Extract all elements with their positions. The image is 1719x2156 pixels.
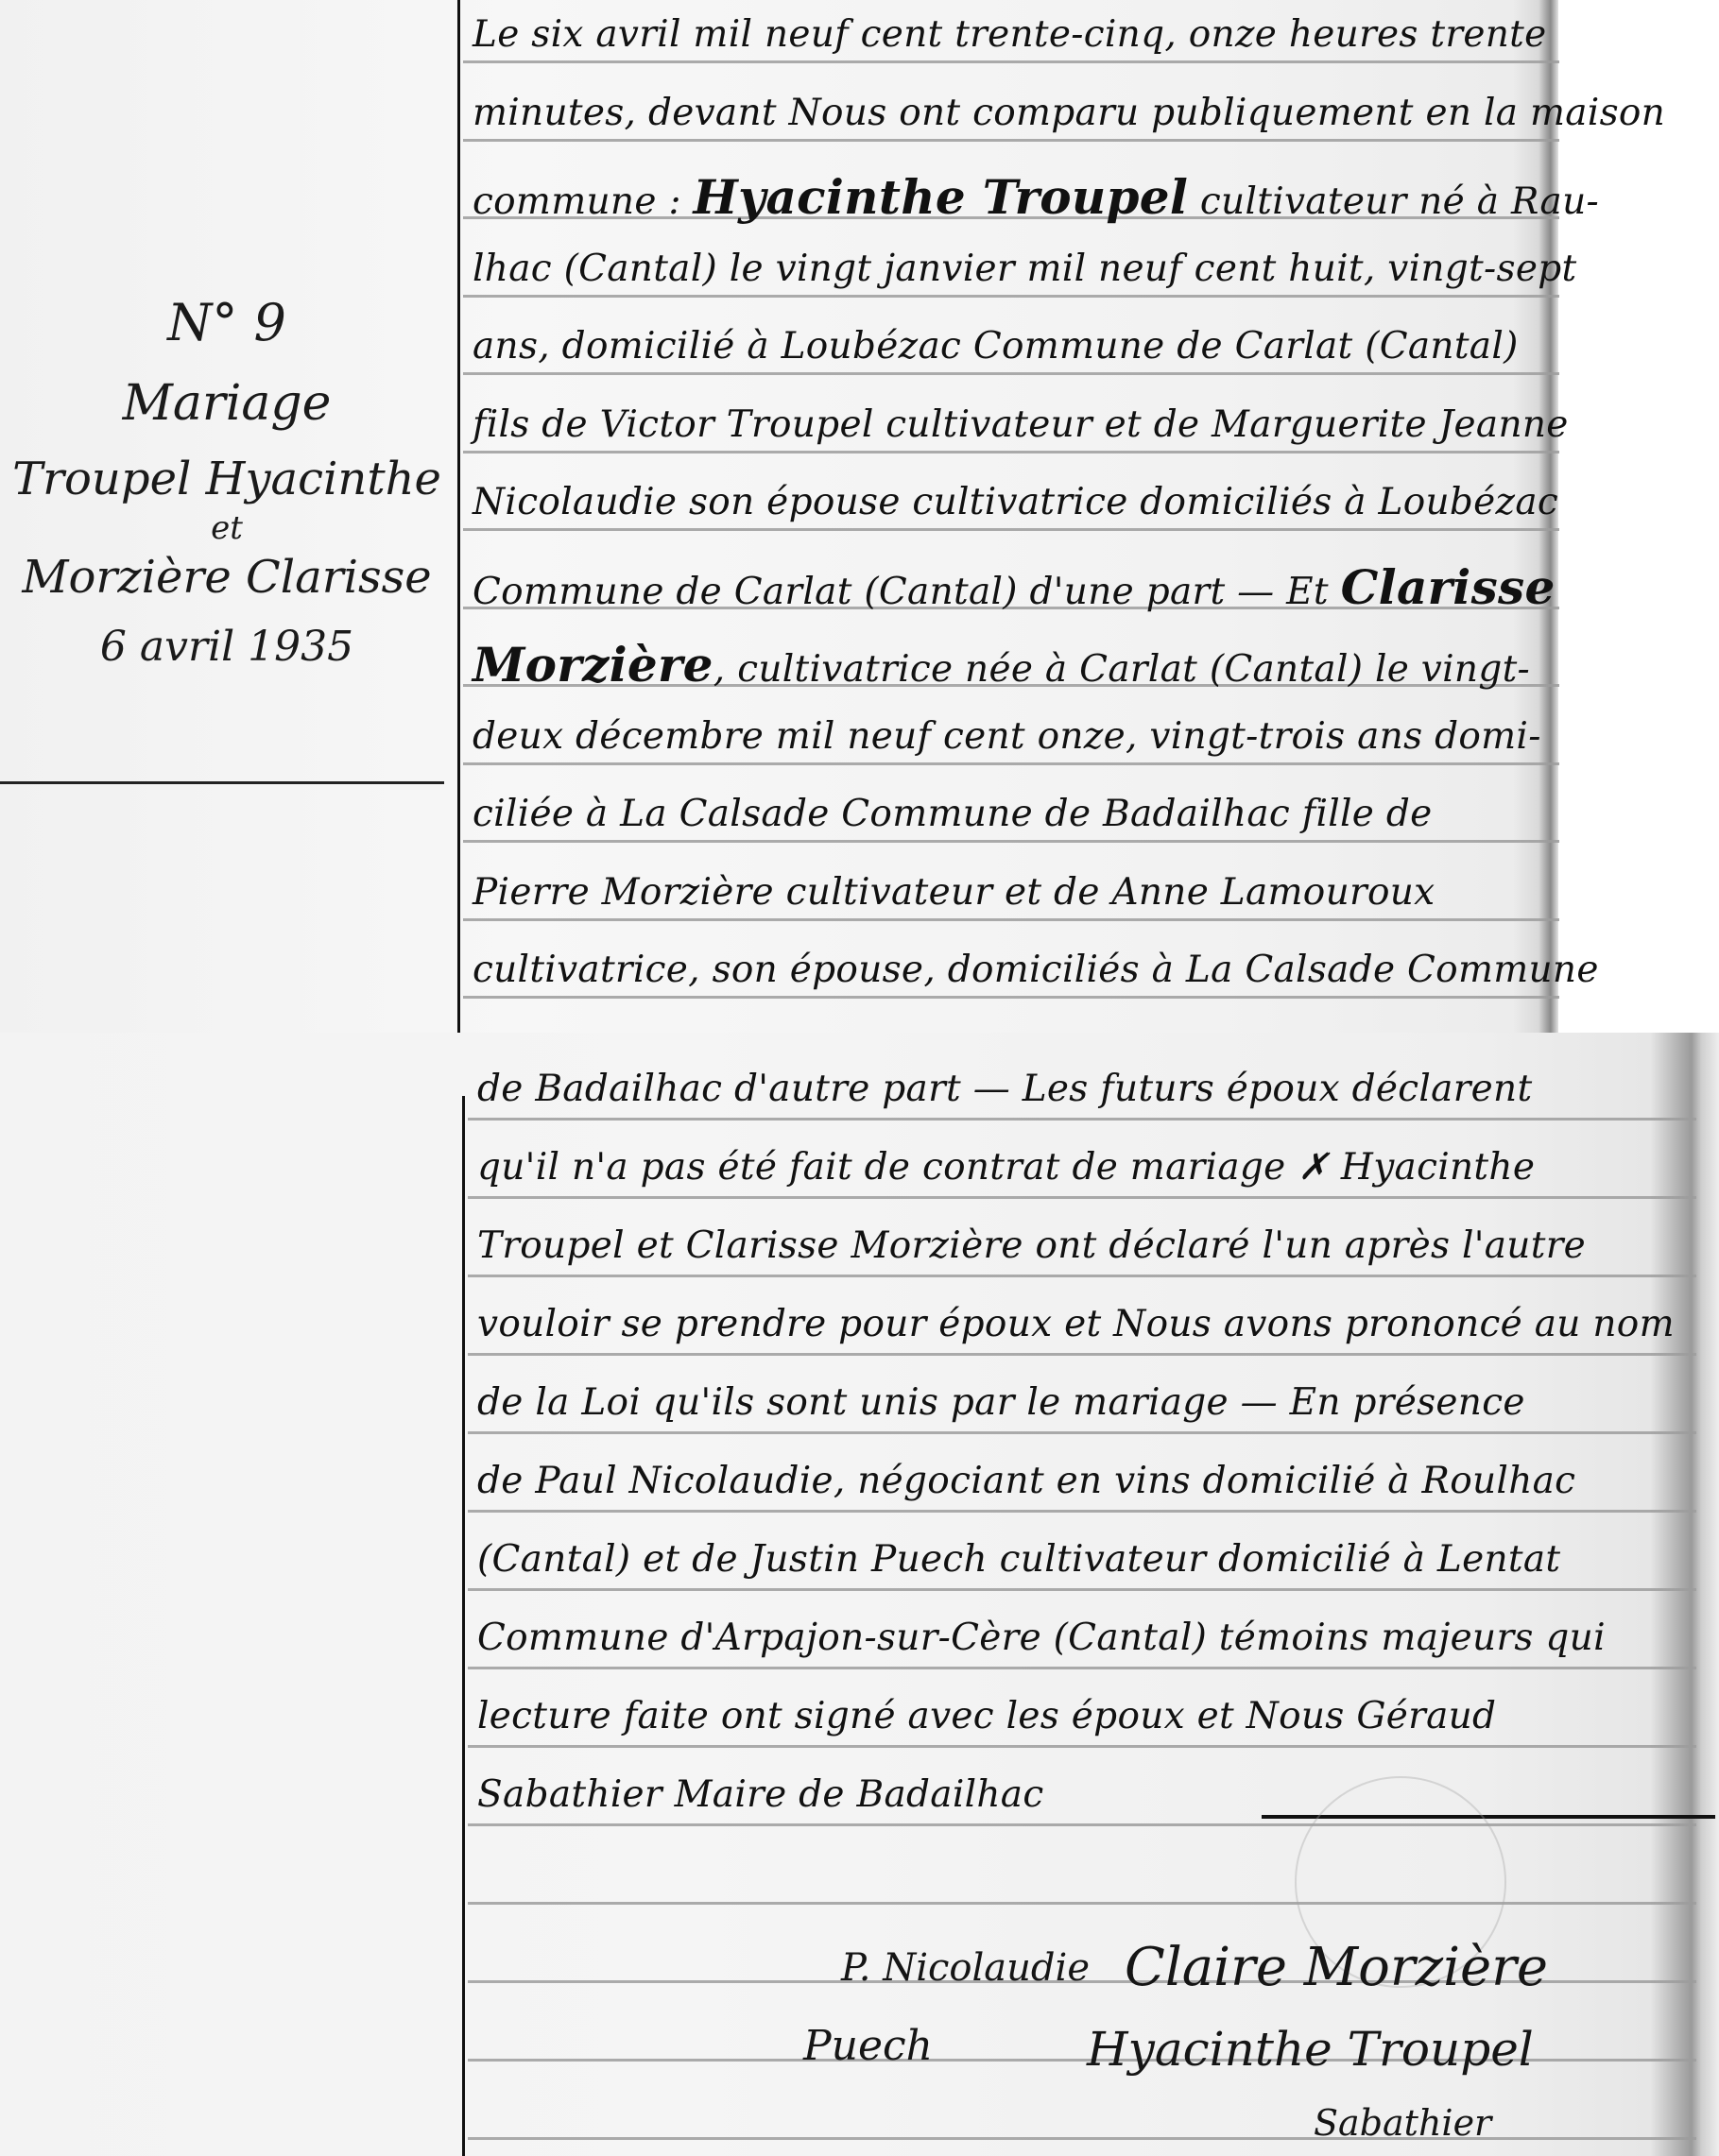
record-line: qu'il n'a pas été fait de contrat de mar… [477,1146,1706,1189]
ruled-line [463,60,1559,63]
signature-mayor: Sabathier [1314,2102,1491,2144]
record-line: cultivatrice, son épouse, domiciliés à L… [473,949,1692,991]
record-date: 6 avril 1935 [0,612,454,682]
signature-groom: Hyacinthe Troupel [1087,2022,1534,2077]
record-number: N° 9 [0,283,454,363]
person-name: Clarisse [1341,559,1556,615]
person-name: Hyacinthe Troupel [694,169,1189,225]
record-line: vouloir se prendre pour époux et Nous av… [477,1303,1706,1345]
record-line: fils de Victor Troupel cultivateur et de… [473,403,1692,446]
margin-note: N° 9 Mariage Troupel Hyacinthe et Morziè… [0,283,454,682]
record-text: cultivateur né à Rau- [1188,180,1599,223]
signature-witness-nicolaudie: P. Nicolaudie [841,1946,1090,1990]
record-line: lecture faite ont signé avec les époux e… [477,1695,1706,1737]
record-text: commune : [473,180,694,223]
record-line: Le six avril mil neuf cent trente-cinq, … [473,13,1692,56]
record-line: Troupel et Clarisse Morzière ont déclaré… [477,1224,1706,1267]
record-line: Nicolaudie son épouse cultivatrice domic… [473,481,1692,523]
record-line: deux décembre mil neuf cent onze, vingt-… [473,715,1692,758]
record-line: Sabathier Maire de Badailhac [477,1773,1706,1816]
ruled-line [463,451,1559,453]
signature-witness-puech: Puech [803,2022,933,2070]
groom-name: Troupel Hyacinthe [0,444,454,514]
ruled-line [468,1823,1696,1826]
ruled-line [468,1353,1696,1356]
margin-rule [462,1096,465,2156]
record-line: commune : Hyacinthe Troupel cultivateur … [473,169,1692,225]
ruled-line [463,139,1559,142]
margin-divider [0,781,444,784]
ruled-line [468,1196,1696,1199]
record-line: de Badailhac d'autre part — Les futurs é… [477,1068,1706,1110]
ruled-line [468,2137,1696,2140]
record-line: Morzière, cultivatrice née à Carlat (Can… [473,637,1692,693]
record-line: de Paul Nicolaudie, négociant en vins do… [477,1460,1706,1502]
ruled-line [468,1118,1696,1121]
ruled-line [468,1431,1696,1434]
record-line: lhac (Cantal) le vingt janvier mil neuf … [473,248,1692,290]
record-text: Commune de Carlat (Cantal) d'une part — … [473,571,1341,613]
ruled-line [463,528,1559,531]
ruled-line [468,1275,1696,1277]
ruled-line [463,372,1559,375]
record-line: ans, domicilié à Loubézac Commune de Car… [473,325,1692,368]
margin-rule [457,0,460,1033]
ruled-line [463,295,1559,298]
ruled-line [468,1902,1696,1905]
conjunction: et [0,514,454,542]
record-line: Commune d'Arpajon-sur-Cère (Cantal) témo… [477,1617,1706,1659]
ruled-line [463,840,1559,843]
ruled-line [463,762,1559,765]
record-line: Commune de Carlat (Cantal) d'une part — … [473,559,1692,615]
person-name: Morzière [473,637,713,693]
ruled-line [468,1510,1696,1513]
record-line: Pierre Morzière cultivateur et de Anne L… [473,871,1692,914]
ruled-line [468,1745,1696,1748]
ruled-line [463,996,1559,999]
record-line: ciliée à La Calsade Commune de Badailhac… [473,793,1692,835]
signature-bride: Claire Morzière [1125,1937,1548,1998]
record-text: , cultivatrice née à Carlat (Cantal) le … [713,648,1530,691]
ruled-line [468,1667,1696,1669]
bride-name: Morzière Clarisse [0,542,454,612]
record-line: de la Loi qu'ils sont unis par le mariag… [477,1381,1706,1424]
record-line: minutes, devant Nous ont comparu publiqu… [473,92,1692,134]
record-line: (Cantal) et de Justin Puech cultivateur … [477,1538,1706,1581]
ruled-line [463,918,1559,921]
ruled-line [468,1588,1696,1591]
record-type: Mariage [0,363,454,444]
